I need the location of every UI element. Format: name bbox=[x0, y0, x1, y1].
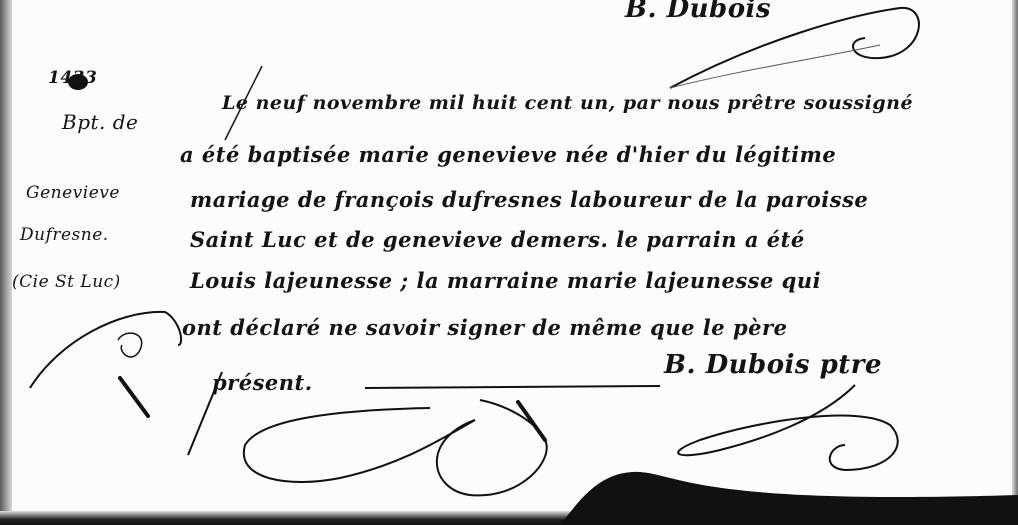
record-line-5: Louis lajeunesse ; la marraine marie laj… bbox=[190, 268, 821, 293]
margin-label-firstname: Genevieve bbox=[26, 183, 120, 203]
record-line-7: présent. bbox=[212, 370, 313, 395]
margin-label-bpt: Bpt. de bbox=[62, 110, 138, 134]
ink-flourishes bbox=[0, 0, 1018, 525]
previous-entry-signature: B. Dubois bbox=[625, 0, 771, 24]
margin-label-parish: (Cie St Luc) bbox=[12, 272, 121, 292]
record-line-3: mariage de françois dufresnes laboureur … bbox=[190, 187, 868, 212]
record-line-1: Le neuf novembre mil huit cent un, par n… bbox=[222, 92, 913, 114]
record-line-2: a été baptisée marie genevieve née d'hie… bbox=[180, 142, 836, 167]
page-right-edge bbox=[1012, 0, 1018, 525]
margin-label-surname: Dufresne. bbox=[20, 225, 109, 245]
priest-signature: B. Dubois ptre bbox=[664, 350, 882, 380]
page-bottom-shadow bbox=[0, 511, 1018, 525]
record-line-4: Saint Luc et de genevieve demers. le par… bbox=[190, 227, 805, 252]
record-line-6: ont déclaré ne savoir signer de même que… bbox=[182, 315, 787, 340]
page-binding-edge bbox=[0, 0, 12, 525]
entry-number: 1433 bbox=[48, 68, 97, 88]
document-page: B. Dubois 1433 Bpt. de Genevieve Dufresn… bbox=[0, 0, 1018, 525]
